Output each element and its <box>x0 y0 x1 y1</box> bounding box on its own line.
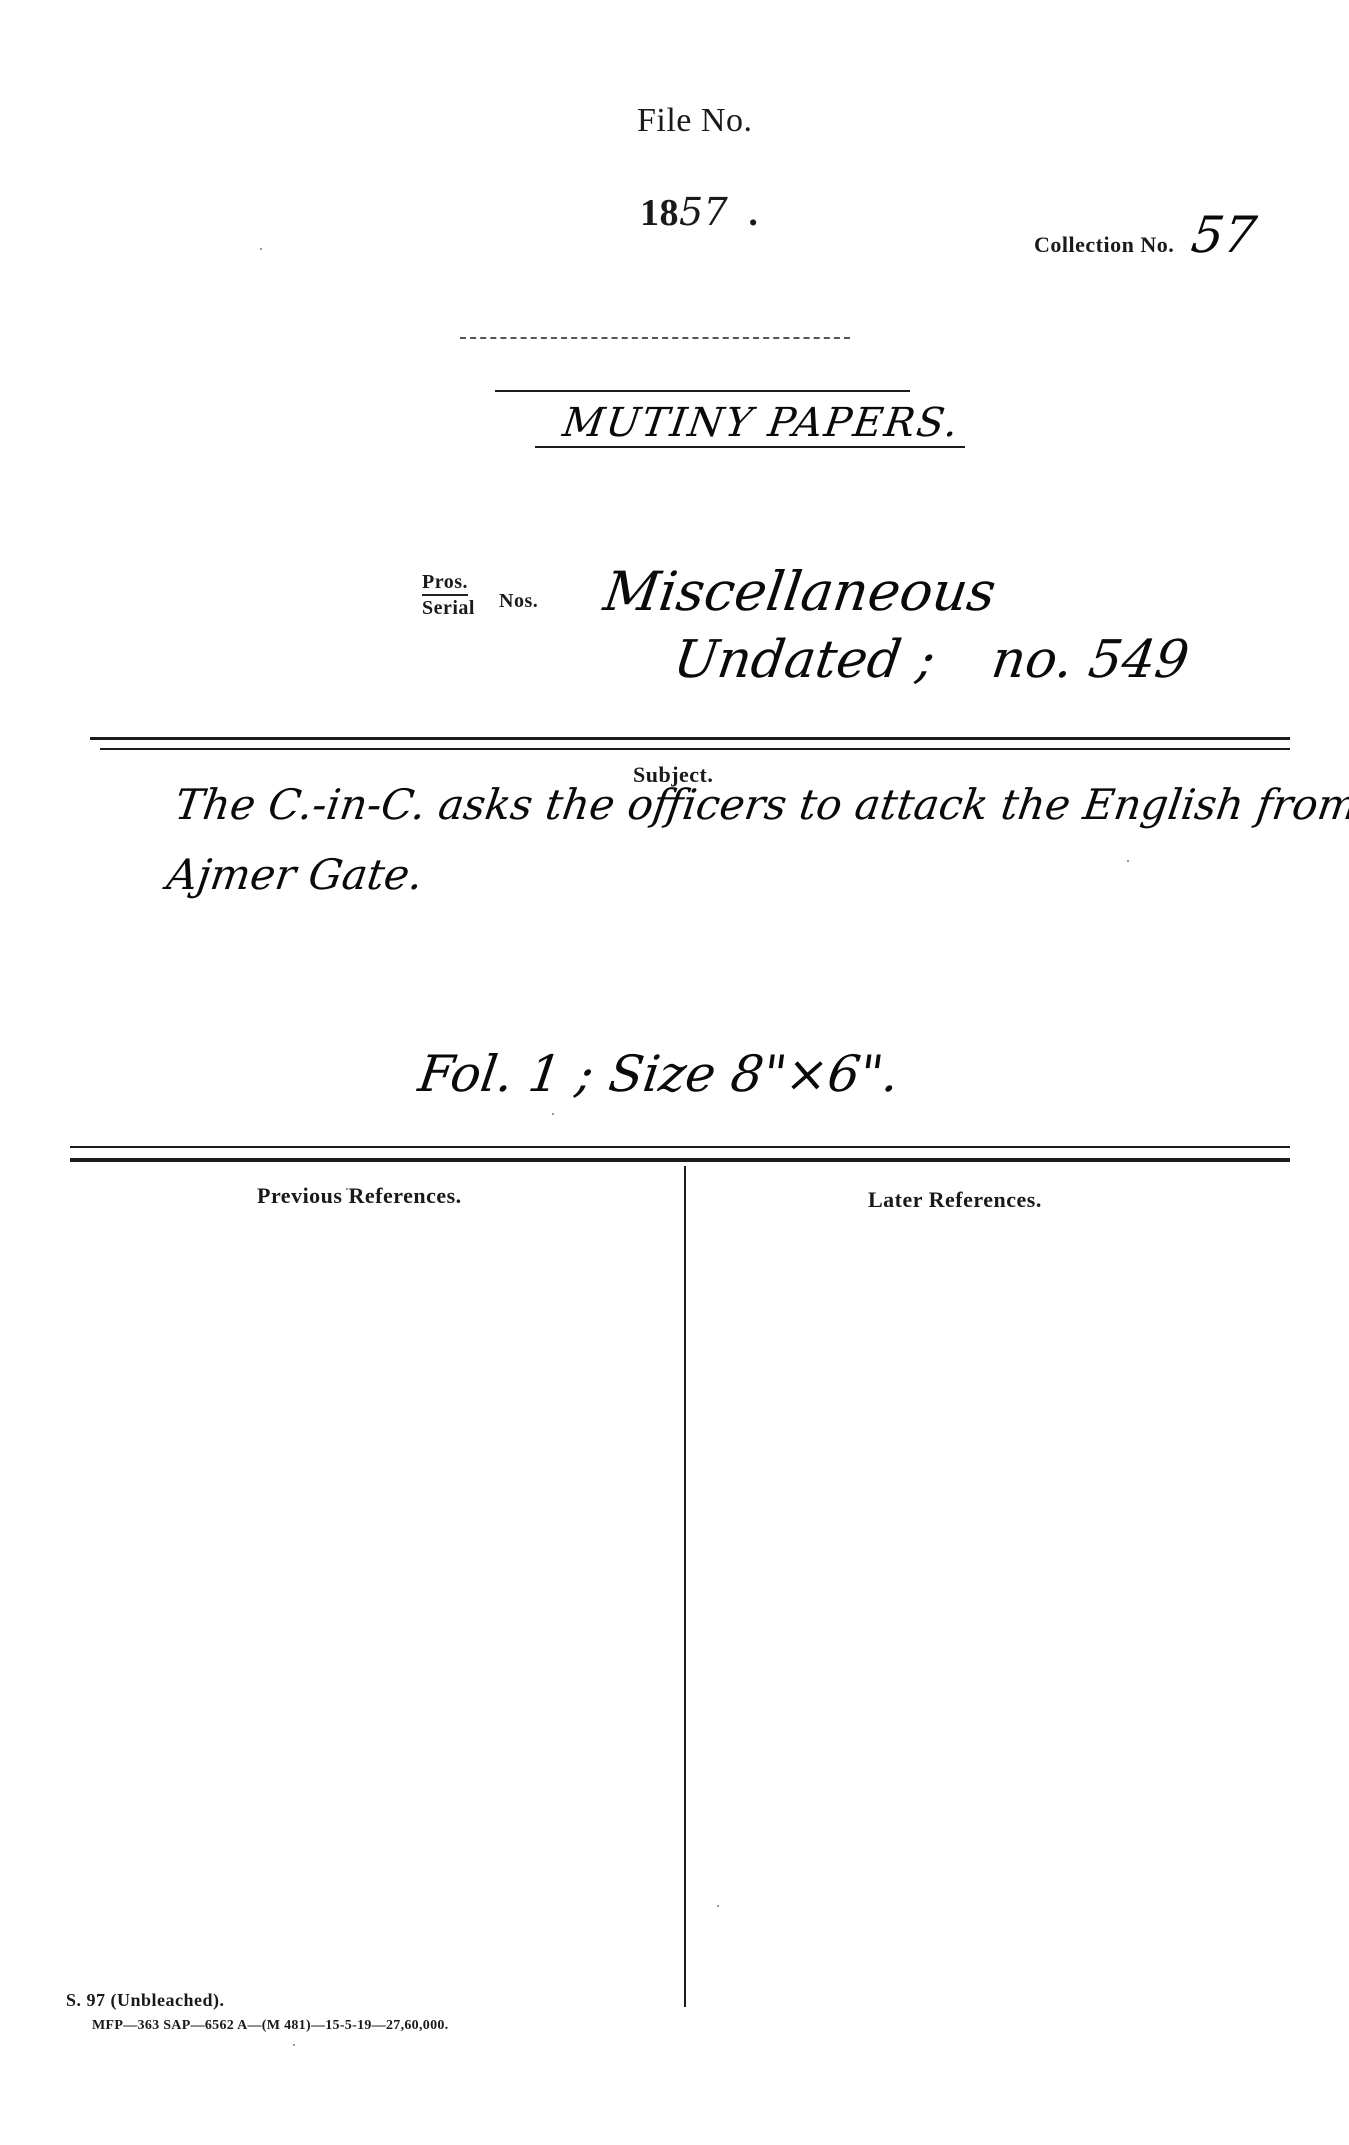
divider-above-subject-2 <box>100 748 1290 750</box>
previous-references-label: Previous References. <box>257 1183 462 1209</box>
pros-serial-value-line1: Miscellaneous <box>600 560 1000 623</box>
collection-label: Collection No. <box>1034 232 1174 258</box>
pros-serial-value-number: no. 549 <box>988 630 1193 690</box>
divider-above-references-2 <box>70 1158 1290 1162</box>
title-underline <box>535 446 965 448</box>
divider-above-title <box>495 390 910 392</box>
folio-size: Fol. 1 ; Size 8"×6". <box>415 1045 903 1103</box>
later-references-label: Later References. <box>868 1187 1042 1213</box>
scan-speck <box>260 248 262 250</box>
scan-speck <box>717 1905 719 1907</box>
file-no-label: File No. <box>637 102 752 140</box>
collection-title: Mutiny Papers. <box>560 400 963 446</box>
pros-serial-label: Pros. Serial <box>422 570 475 620</box>
divider-dotted-top <box>460 337 850 339</box>
pros-serial-value-undated: Undated ; <box>670 630 939 690</box>
scan-speck <box>1127 860 1129 862</box>
printer-imprint: MFP—363 SAP—6562 A—(M 481)—15-5-19—27,60… <box>92 2018 448 2034</box>
file-no-value: 1857 . <box>640 190 758 235</box>
scan-speck <box>346 1188 348 1190</box>
references-column-divider <box>684 1166 686 2007</box>
subject-text-line2: Ajmer Gate. <box>164 850 426 899</box>
serial-label: Serial <box>422 597 475 619</box>
subject-text-line1: The C.-in-C. asks the officers to attack… <box>172 780 1349 829</box>
scan-speck <box>552 1113 554 1115</box>
file-no-handwritten-digits: 57 <box>679 190 728 234</box>
file-no-printed-digits: 18 <box>640 192 679 234</box>
nos-label: Nos. <box>499 590 538 613</box>
pros-label: Pros. <box>422 570 468 596</box>
scan-speck <box>293 2044 295 2046</box>
divider-above-references-1 <box>70 1146 1290 1148</box>
divider-above-subject-1 <box>90 737 1290 740</box>
form-number: S. 97 (Unbleached). <box>66 1990 225 2011</box>
collection-value: 57 <box>1188 206 1260 264</box>
file-no-suffix: . <box>748 192 758 234</box>
